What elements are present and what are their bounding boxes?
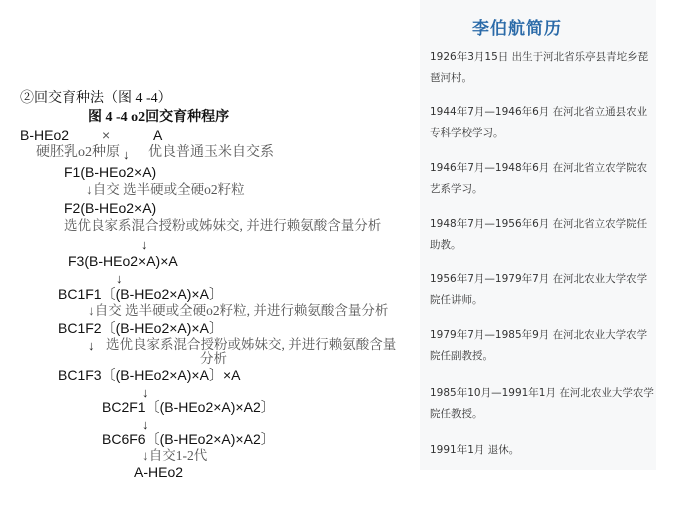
cross-symbol: × [102, 128, 110, 142]
generation-f3: F3(B-HEo2×A)×A [68, 254, 178, 268]
bio-entry: 1946年7月—1948年6月 在河北省立农学院农艺系学习。 [430, 158, 655, 200]
bio-entry: 1991年1月 退休。 [430, 440, 655, 461]
down-arrow-icon: ↓ [116, 272, 123, 285]
f1-step: ↓自交 选半硬或全硬o2籽粒 [86, 183, 245, 197]
bc1f2-step: 选优良家系混合授粉或姊妹交, 并进行赖氨酸含量 [106, 338, 396, 352]
parent-a: A [153, 128, 162, 142]
bio-entry: 1979年7月—1985年9月 在河北农业大学农学院任副教授。 [430, 325, 655, 367]
parent-b-heo2: B-HEo2 [20, 128, 69, 142]
generation-bc1f1: BC1F1〔(B-HEo2×A)×A〕 [58, 287, 223, 301]
bc1f1-step: ↓自交 选半硬或全硬o2籽粒, 并进行赖氨酸含量分析 [88, 304, 388, 318]
bc6f6-step: ↓自交1-2代 [142, 449, 207, 463]
bio-entry: 1926年3月15日 出生于河北省乐亭县青坨乡琵琶河村。 [430, 47, 655, 89]
bc1f2-step-continued: 分析 [200, 352, 227, 366]
f2-step: 选优良家系混合授粉或姊妹交, 并进行赖氨酸含量分析 [64, 219, 381, 233]
biography-title: 李伯航简历 [472, 14, 562, 39]
parent2-description: 优良普通玉米自交系 [148, 146, 274, 160]
down-arrow-icon: ↓ [142, 418, 149, 431]
down-arrow-icon: ↓ [141, 238, 148, 251]
down-arrow-icon: ↓ [142, 386, 149, 399]
bio-entry: 1956年7月—1979年7月 在河北农业大学农学院任讲师。 [430, 269, 655, 311]
section-heading: ②回交育种法（图 4 -4） [20, 92, 172, 106]
down-arrow-icon: ↓ [88, 339, 95, 352]
generation-bc1f2: BC1F2〔(B-HEo2×A)×A〕 [58, 321, 223, 335]
bio-entry: 1944年7月—1946年6月 在河北省立通县农业专科学校学习。 [430, 102, 655, 144]
figure-caption: 图 4 -4 o2回交育种程序 [88, 111, 229, 125]
bio-entry: 1985年10月—1991年1月 在河北农业大学农学院任教授。 [430, 383, 655, 425]
generation-bc6f6: BC6F6〔(B-HEo2×A)×A2〕 [102, 432, 275, 446]
bio-entry: 1948年7月—1956年6月 在河北省立农学院任助教。 [430, 214, 655, 256]
generation-f2: F2(B-HEo2×A) [64, 201, 156, 215]
breeding-procedure-diagram: ②回交育种法（图 4 -4） 图 4 -4 o2回交育种程序 B-HEo2 × … [0, 0, 420, 517]
final-line-a-heo2: A-HEo2 [134, 465, 183, 479]
parent1-description: 硬胚乳o2种原 [36, 146, 120, 160]
generation-f1: F1(B-HEo2×A) [64, 165, 156, 179]
down-arrow-icon: ↓ [123, 148, 130, 161]
generation-bc1f3: BC1F3〔(B-HEo2×A)×A〕×A [58, 368, 240, 382]
generation-bc2f1: BC2F1〔(B-HEo2×A)×A2〕 [102, 400, 275, 414]
